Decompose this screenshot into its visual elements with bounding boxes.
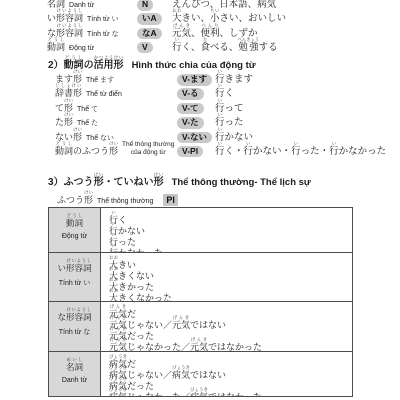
row-header-i-adjective: い形容詞けいようし Tính từ い xyxy=(49,253,101,301)
row-header-viet: Tính từ い xyxy=(49,278,100,288)
row-header-jp: い形容詞けいようし xyxy=(49,258,100,273)
conjugation-row-nai: ない形けいThể ない V-ない 行いかない xyxy=(0,127,400,141)
form-name-viet: Thể thông thườngcủa động từ xyxy=(122,141,174,157)
section3-number: 3） xyxy=(48,177,64,188)
textbook-page: 名めい詞しDanh từ N えんぴつ、日本語にほんご、病気びょうき い形容詞け… xyxy=(0,0,400,400)
word-class-viet: Động từ xyxy=(69,45,94,52)
conjugation-row-dictionary: 辞書形じしょけいThể từ điển V-る 行いく xyxy=(0,83,400,97)
form-line: 病気びょうきだ xyxy=(109,354,352,365)
section3-heading: 3）ふつう形けい・ていねい形けいThể thông thường- Thể lị… xyxy=(48,172,400,186)
form-name-jp: 動詞どうしのふつう形けい xyxy=(55,146,118,156)
form-line: 病気びょうきじゃない／病気びょうきではない xyxy=(109,365,352,376)
form-line: 大おおきくない xyxy=(109,266,352,277)
row-header-viet: Động từ xyxy=(49,233,100,240)
conjugation-row-ta: た形けいThể た V-た 行いった xyxy=(0,112,400,126)
form-line: 元気げんきだ xyxy=(109,304,352,315)
row-header-viet: Danh từ xyxy=(49,377,100,384)
plain-form-jp: ふつう形けい xyxy=(57,195,93,205)
row-header-jp: 名詞めいし xyxy=(49,357,100,372)
form-line: 行いく xyxy=(109,210,352,221)
conjugation-row-te: て形けいThể て V-て 行いって xyxy=(0,98,400,112)
pos-badge-v: V xyxy=(137,42,153,54)
word-class-list: 名めい詞しDanh từ N えんぴつ、日本語にほんご、病気びょうき い形容詞け… xyxy=(0,0,400,51)
table-row-na-adjective: な形容詞けいようし Tính từ な 元気げんきだ 元気げんきじゃない／元気げ… xyxy=(49,301,352,351)
table-row-i-adjective: い形容詞けいようし Tính từ い 大おおきい 大おおきくない 大おおきかっ… xyxy=(49,252,352,301)
row-header-verb: 動詞どうし Động từ xyxy=(49,208,101,252)
form-badge-v-pl: V-Pl xyxy=(177,146,203,158)
table-row-verb: 動詞どうし Động từ 行いく 行いかない 行いった 行いかなかった xyxy=(49,208,352,252)
form-line: 行いった xyxy=(109,232,352,243)
form-line: 行いかなかった xyxy=(109,243,352,252)
form-example: 行いく・行いかない・行いった・行いかなかった xyxy=(215,141,386,158)
verb-conjugation-section: 2）動詞どうしの活用形かつようけいHình thức chia của động… xyxy=(0,55,400,163)
form-line: 行いかない xyxy=(109,221,352,232)
plain-form-table: 動詞どうし Động từ 行いく 行いかない 行いった 行いかなかった い形容… xyxy=(48,207,353,397)
form-line: 元気げんきじゃない／元気げんきではない xyxy=(109,315,352,326)
word-class-row-verb: 動詞どうしĐộng từ V 行いく、食たべる、勉強べんきょうする xyxy=(0,37,400,51)
plain-polite-section: 3）ふつう形けい・ていねい形けいThể thông thường- Thể lị… xyxy=(0,172,400,397)
row-header-na-adjective: な形容詞けいようし Tính từ な xyxy=(49,302,101,351)
plain-form-subheading: ふつう形けいThể thông thườngPl xyxy=(57,190,400,203)
word-class-jp: 動詞どうし xyxy=(47,42,65,52)
row-header-noun: 名詞めいし Danh từ xyxy=(49,352,101,396)
plain-form-viet: Thể thông thường xyxy=(97,198,153,205)
section3-title-jp: ふつう形けい・ていねい形けい xyxy=(64,177,164,188)
row-header-viet: Tính từ な xyxy=(49,327,100,337)
form-line: 大おおきい xyxy=(109,255,352,266)
row-header-jp: な形容詞けいようし xyxy=(49,307,100,322)
word-class-row-i-adjective: い形容詞けいようしTính từ い いA 大おおきい、小ちいさい、おいしい xyxy=(0,8,400,22)
pl-badge: Pl xyxy=(163,194,178,206)
word-class-row-na-adjective: な形容詞けいようしTính từ な なA 元気げんき、便利べんり、しずか xyxy=(0,23,400,37)
word-class-examples: 行いく、食たべる、勉強べんきょうする xyxy=(172,37,278,54)
row-header-jp: 動詞どうし xyxy=(49,213,100,228)
section2-heading: 2）動詞どうしの活用形かつようけいHình thức chia của động… xyxy=(48,55,400,69)
conjugation-row-plain: 動詞どうしのふつう形けいThể thông thườngcủa động từ … xyxy=(0,141,400,163)
conjugation-row-masu: ます形けいThể ます V-ます 行いきます xyxy=(0,69,400,83)
table-row-noun: 名詞めいし Danh từ 病気びょうきだ 病気びょうきじゃない／病気びょうきで… xyxy=(49,351,352,396)
section3-title-viet: Thể thông thường- Thể lịch sự xyxy=(172,177,311,188)
